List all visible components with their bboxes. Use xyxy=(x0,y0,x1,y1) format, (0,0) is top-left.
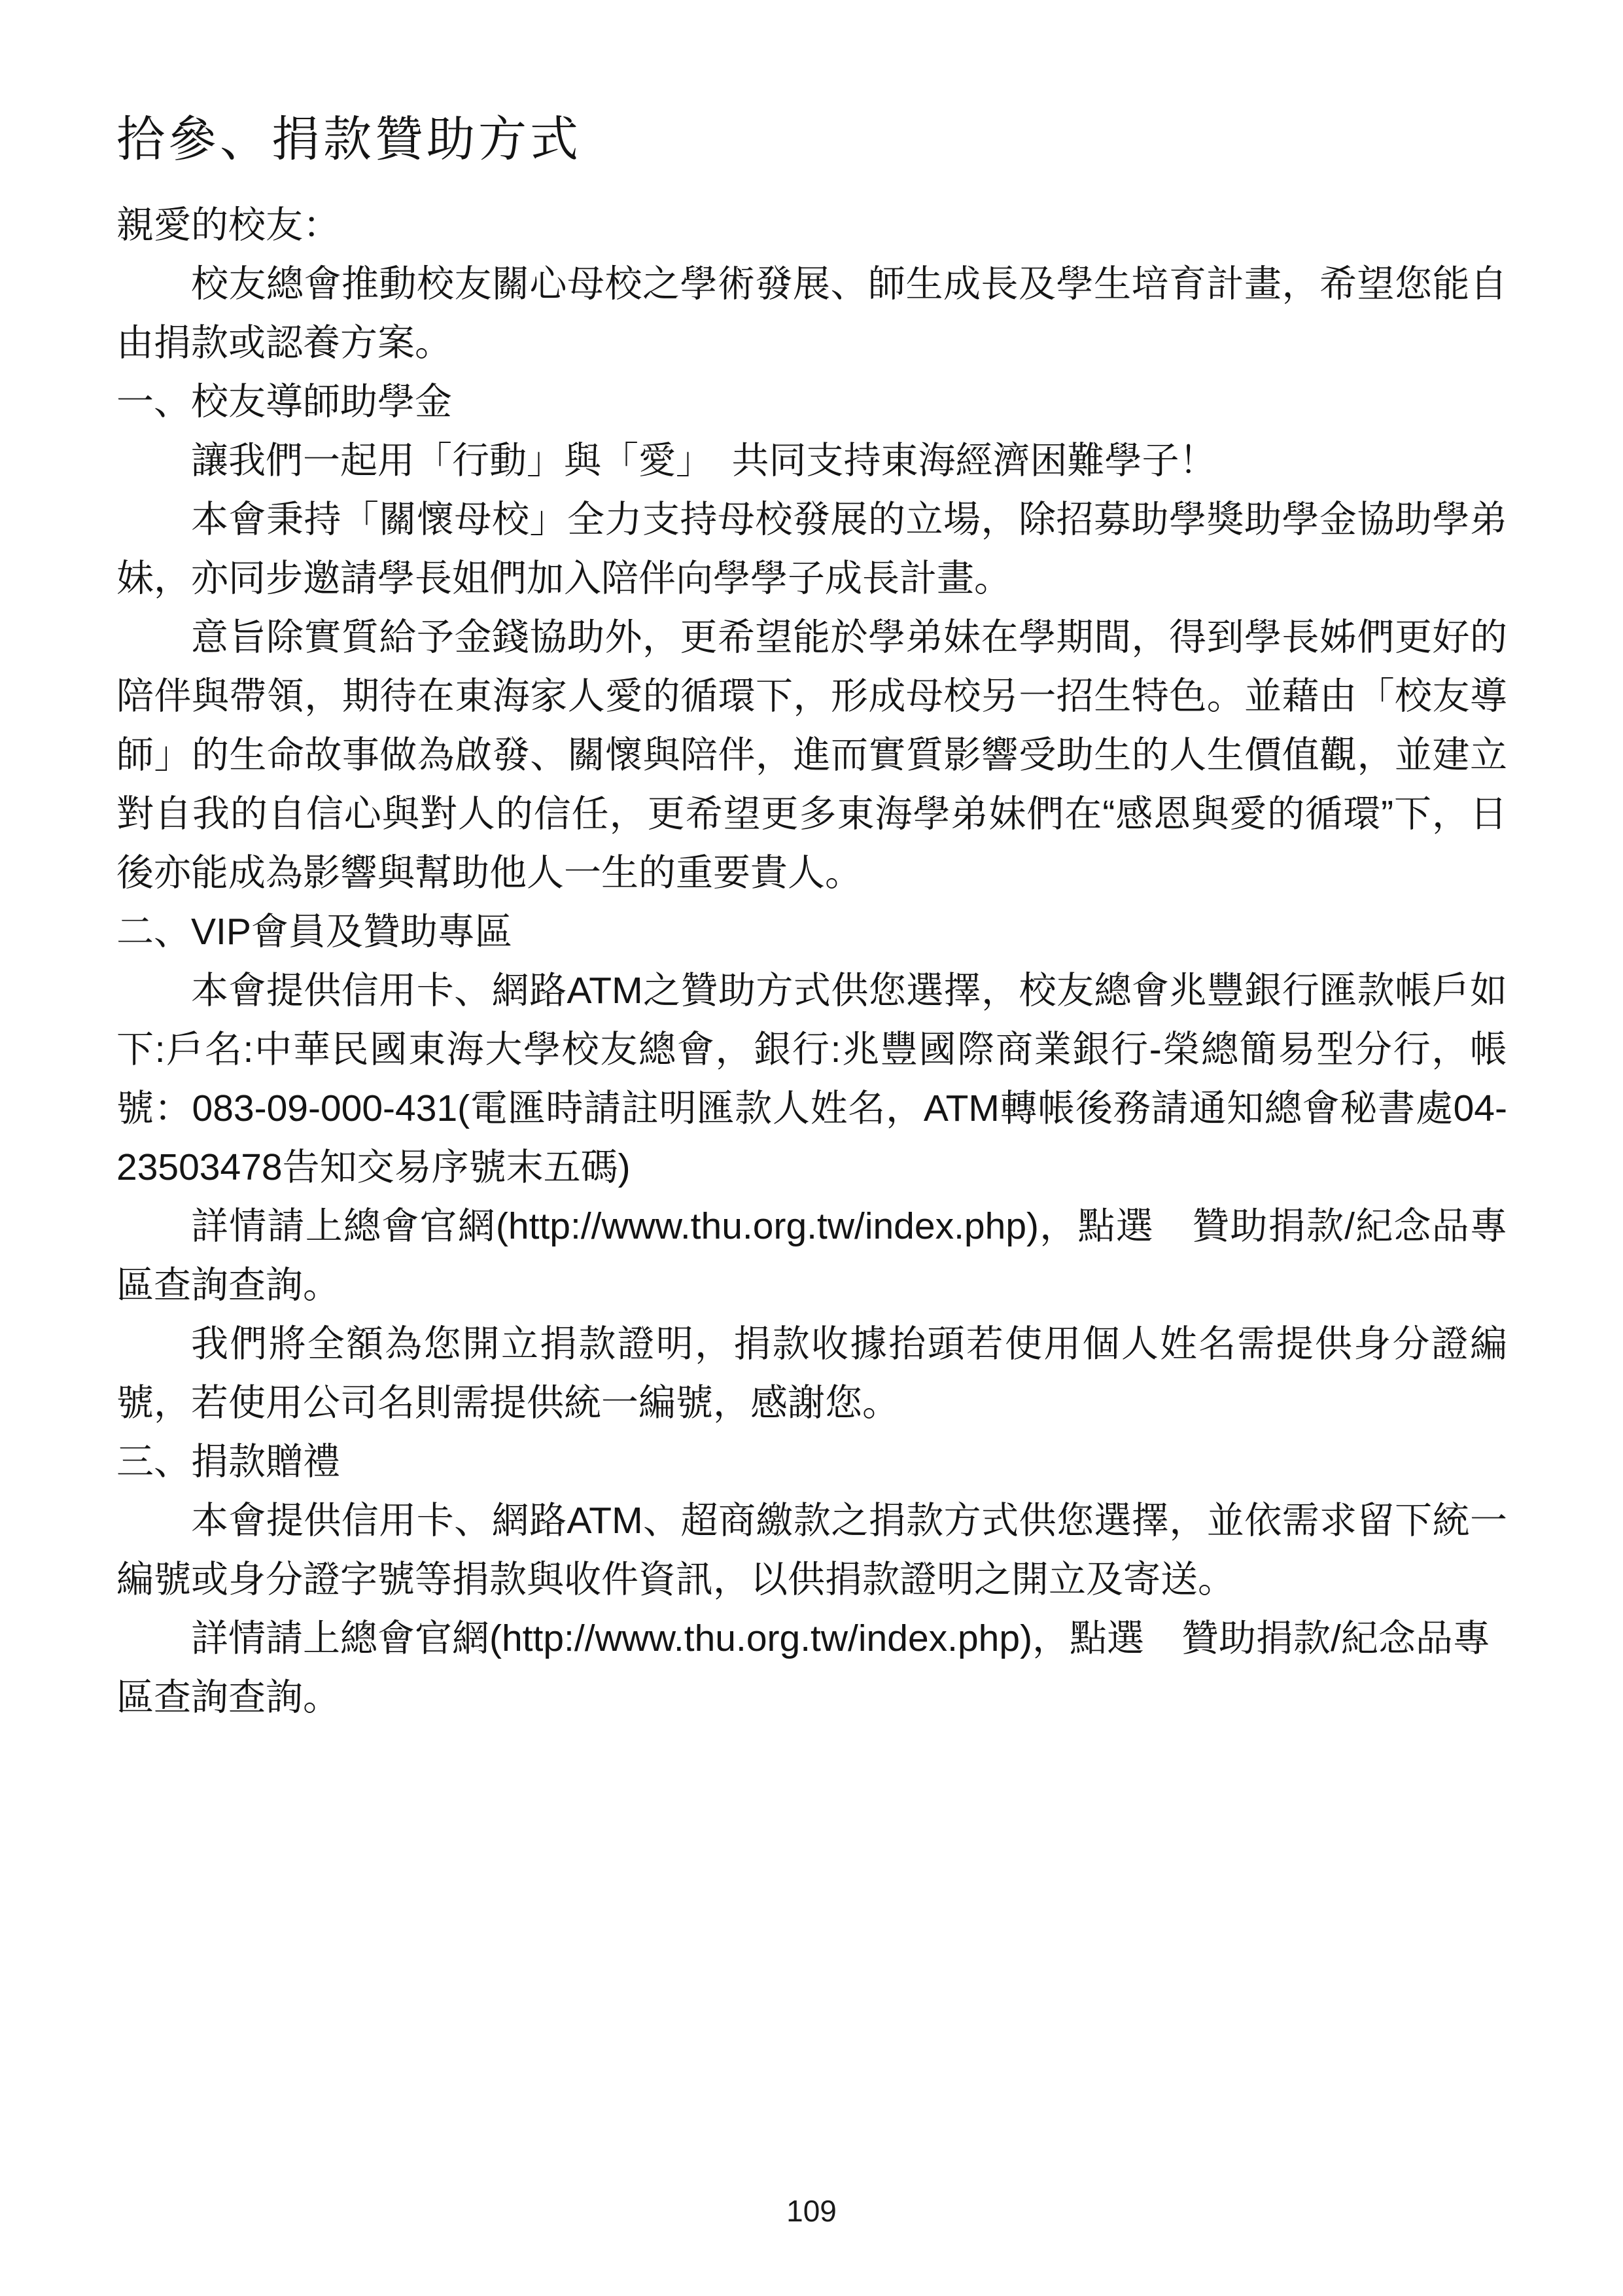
paragraph: 校友總會推動校友關心母校之學術發展、師生成長及學生培育計畫，希望您能自由捐款或認… xyxy=(116,255,1507,372)
paragraph: 本會秉持「關懷母校」全力支持母校發展的立場，除招募助學獎助學金協助學弟妹，亦同步… xyxy=(116,490,1507,608)
paragraph: 詳情請上總會官網(http://www.thu.org.tw/index.php… xyxy=(116,1609,1507,1727)
paragraph: 讓我們一起用「行動」與「愛」 共同支持東海經濟困難學子！ xyxy=(116,431,1507,490)
paragraph: 本會提供信用卡、網路ATM、超商繳款之捐款方式供您選擇，並依需求留下統一編號或身… xyxy=(116,1491,1507,1609)
section-heading: 一、校友導師助學金 xyxy=(116,372,1507,431)
section-heading: 二、VIP會員及贊助專區 xyxy=(116,902,1507,961)
paragraph: 我們將全額為您開立捐款證明，捐款收據抬頭若使用個人姓名需提供身分證編號，若使用公… xyxy=(116,1315,1507,1432)
paragraph: 親愛的校友： xyxy=(116,196,1507,255)
paragraph: 本會提供信用卡、網路ATM之贊助方式供您選擇，校友總會兆豐銀行匯款帳戶如下:戶名… xyxy=(116,961,1507,1197)
page-title: 拾參、捐款贊助方式 xyxy=(116,113,1507,168)
document-body: 拾參、捐款贊助方式 親愛的校友：校友總會推動校友關心母校之學術發展、師生成長及學… xyxy=(116,113,1507,1727)
section-heading: 三、捐款贈禮 xyxy=(116,1432,1507,1491)
document-blocks: 親愛的校友：校友總會推動校友關心母校之學術發展、師生成長及學生培育計畫，希望您能… xyxy=(116,196,1507,1727)
document-page: 拾參、捐款贊助方式 親愛的校友：校友總會推動校友關心母校之學術發展、師生成長及學… xyxy=(0,0,1623,2296)
paragraph: 意旨除實質給予金錢協助外，更希望能於學弟妹在學期間，得到學長姊們更好的陪伴與帶領… xyxy=(116,608,1507,902)
paragraph: 詳情請上總會官網(http://www.thu.org.tw/index.php… xyxy=(116,1197,1507,1315)
page-number: 109 xyxy=(0,2193,1623,2229)
